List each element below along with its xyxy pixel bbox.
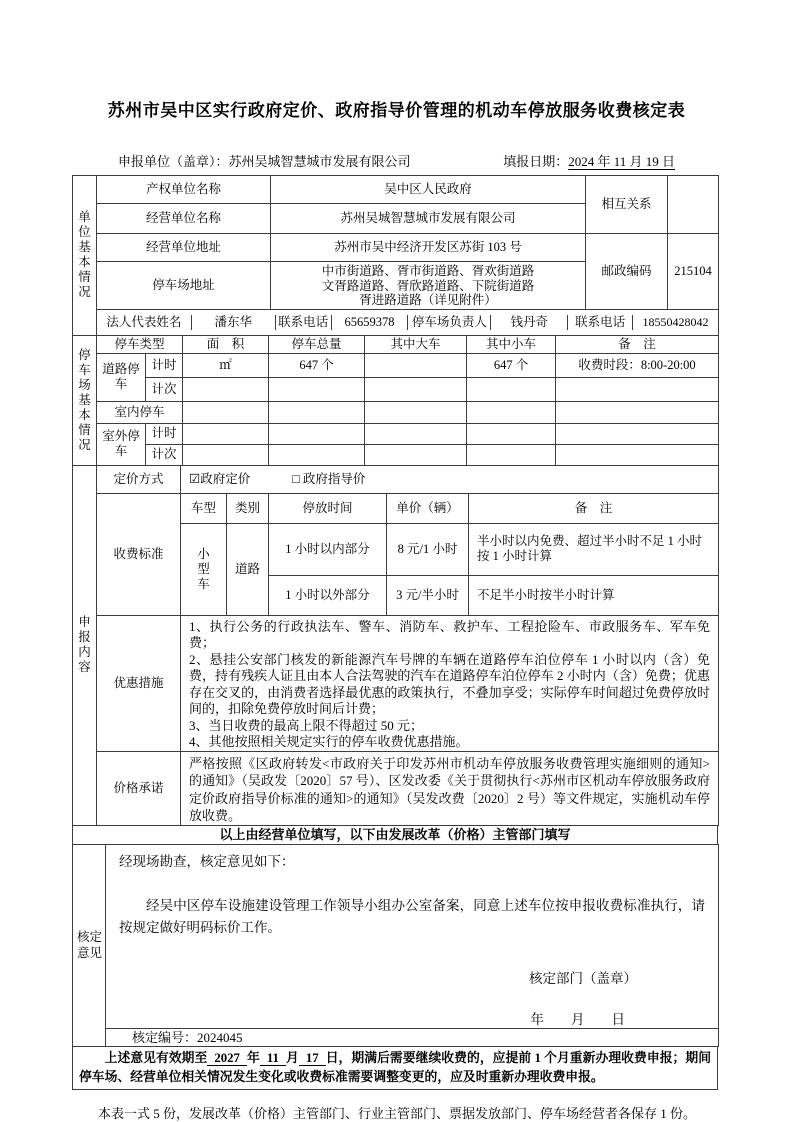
relation-label: 相互关系 [586,176,668,234]
page-title: 苏州市吴中区实行政府定价、政府指导价管理的机动车停放服务收费核定表 [0,0,793,121]
section-stub-lot-info: 停车场基本情况 [73,335,97,465]
verdict-serial: 核定编号：2024045 [106,1028,719,1046]
fee-header-price: 单价（辆） [387,493,469,523]
lot-info-table: 停车场基本情况 停车类型 面 积 停车总量 其中大车 其中小车 备 注 道路停车… [72,335,719,466]
document-page: 苏州市吴中区实行政府定价、政府指导价管理的机动车停放服务收费核定表 申报单位（盖… [0,0,793,1122]
row-label-timed: 计时 [146,353,183,377]
road-timed-area: ㎡ [183,353,269,377]
checkbox-gov-pricing-checked: ☑ [189,472,200,486]
col-header-note: 备 注 [556,335,719,353]
fee-header-note: 备 注 [469,493,719,523]
declaration-table: 申报内容 定价方式 ☑政府定价□ 政府指导价 收费标准 车型 类别 停放时间 单… [72,465,719,826]
operator-address-label: 经营单位地址 [97,234,271,262]
verdict-dept-seal: 核定部门（盖章） [109,971,715,986]
option-gov-pricing-label: 政府定价 [200,472,250,486]
section-stub-declaration: 申报内容 [73,465,97,825]
road-timed-small: 647 个 [467,353,556,377]
fill-date-label: 填报日期： [503,154,568,169]
subheader: 申报单位（盖章）：苏州吴城智慧城市发展有限公司 填报日期：2024 年 11 月… [72,151,721,170]
fee-row1-price: 8 元/1 小时 [387,523,469,575]
pricing-method-options: ☑政府定价□ 政府指导价 [181,465,719,493]
fee-row2-note: 不足半小时按半小时计算 [469,575,719,615]
section-stub-verdict: 核定意见 [73,844,106,1046]
lot-address-value: 中市街道路、胥市街道路、胥欢街道路 文胥路道路、胥欣路道路、下院街道路 胥进路道… [271,262,586,310]
col-header-small: 其中小车 [467,335,556,353]
col-header-parking-type: 停车类型 [97,335,183,353]
row-label-counted-2: 计次 [146,444,183,465]
checkbox-gov-guided-unchecked: □ [292,472,300,486]
fee-row1-time: 1 小时以内部分 [269,523,387,575]
operator-name-label: 经营单位名称 [97,204,271,234]
discount-label: 优惠措施 [97,615,181,751]
fee-header-vehicle: 车型 [181,493,227,523]
validity-note: 上述意见有效期至2027年11月17日，期满后需要继续收费的，应提前 1 个月重… [73,1046,718,1089]
row-label-indoor-parking: 室内停车 [97,401,183,423]
col-header-large: 其中大车 [365,335,467,353]
operator-address-value: 苏州市吴中经济开发区苏街 103 号 [271,234,586,262]
row-label-outdoor-parking: 室外停车 [97,423,146,465]
row-label-road-parking: 道路停车 [97,353,146,401]
legal-rep-label: 法人代表姓名 [97,315,191,330]
fill-date-line: 填报日期：2024 年 11 月 19 日 [503,151,721,170]
postcode-value: 215104 [668,234,719,310]
fee-vehicle-type: 小型车 [181,523,227,615]
fee-header-time: 停放时间 [269,493,387,523]
row-label-timed-2: 计时 [146,423,183,444]
fee-standard-label: 收费标准 [97,493,181,615]
price-promise-content: 严格按照《区政府转发<市政府关于印发苏州市机动车停放服务收费管理实施细则的通知>… [181,751,719,825]
lot-manager-label: 停车场负责人 [407,315,490,330]
lot-manager-value: 钱丹奇 [490,315,567,330]
verdict-content: 经现场勘查，核定意见如下： 经吴中区停车设施建设管理工作领导小组办公室备案，同意… [106,844,719,1028]
price-promise-label: 价格承诺 [97,751,181,825]
row-label-counted: 计次 [146,377,183,401]
verdict-date-blank: 年 月 日 [109,1012,715,1027]
owner-name-label: 产权单位名称 [97,176,271,204]
postcode-label: 邮政编码 [586,234,668,310]
fill-date-value: 2024 年 11 月 19 日 [568,154,675,169]
phone1-label: 联系电话 [275,315,331,330]
road-timed-large [365,353,467,377]
validity-day: 17 [299,1051,326,1066]
verdict-intro: 经现场勘查，核定意见如下： [119,854,715,869]
legal-rep-value: 潘东华 [191,315,275,330]
verdict-body: 经吴中区停车设施建设管理工作领导小组办公室备案，同意上述车位按申报收费标准执行，… [119,895,705,939]
col-header-area: 面 积 [183,335,269,353]
lot-address-label: 停车场地址 [97,262,271,310]
road-timed-note: 收费时段：8:00-20:00 [556,353,719,377]
fee-category: 道路 [227,523,269,615]
discount-content: 1、执行公务的行政执法车、警车、消防车、救护车、工程抢险车、市政服务车、军车免费… [181,615,719,751]
fee-row2-price: 3 元/半小时 [387,575,469,615]
pricing-method-label: 定价方式 [97,465,181,493]
declare-unit-line: 申报单位（盖章）：苏州吴城智慧城市发展有限公司 [72,151,411,170]
road-timed-total: 647 个 [269,353,365,377]
fee-header-category: 类别 [227,493,269,523]
validity-table: 上述意见有效期至2027年11月17日，期满后需要继续收费的，应提前 1 个月重… [72,1046,718,1090]
declare-unit-value: 苏州吴城智慧城市发展有限公司 [229,154,411,169]
section-stub-unit-info: 单位基本情况 [73,176,97,336]
banner-table: 以上由经营单位填写，以下由发展改革（价格）主管部门填写 [72,825,718,845]
phone1-value: 65659378 [331,315,408,330]
verdict-table: 核定意见 经现场勘查，核定意见如下： 经吴中区停车设施建设管理工作领导小组办公室… [72,844,719,1047]
option-gov-guided-label: 政府指导价 [303,472,366,486]
col-header-total: 停车总量 [269,335,365,353]
phone2-label: 联系电话 [567,315,632,330]
declare-unit-label: 申报单位（盖章）： [118,154,229,169]
footer-note: 本表一式 5 份，发展改革（价格）主管部门、行业主管部门、票据发放部门、停车场经… [72,1103,721,1122]
operator-name-value: 苏州吴城智慧城市发展有限公司 [271,204,586,234]
validity-year: 2027 [207,1051,247,1066]
fee-row1-note: 半小时以内免费、超过半小时不足 1 小时按 1 小时计算 [469,523,719,575]
unit-info-table: 单位基本情况 产权单位名称 吴中区人民政府 相互关系 经营单位名称 苏州吴城智慧… [72,175,719,336]
legal-rep-row: 法人代表姓名 潘东华 联系电话 65659378 停车场负责人 钱丹奇 联系电话… [97,309,719,335]
phone2-value: 18550428042 [632,315,718,330]
owner-name-value: 吴中区人民政府 [271,176,586,204]
fee-row2-time: 1 小时以外部分 [269,575,387,615]
validity-month: 11 [260,1051,286,1066]
section-divider-banner: 以上由经营单位填写，以下由发展改革（价格）主管部门填写 [73,825,718,844]
relation-value-empty [668,176,719,234]
